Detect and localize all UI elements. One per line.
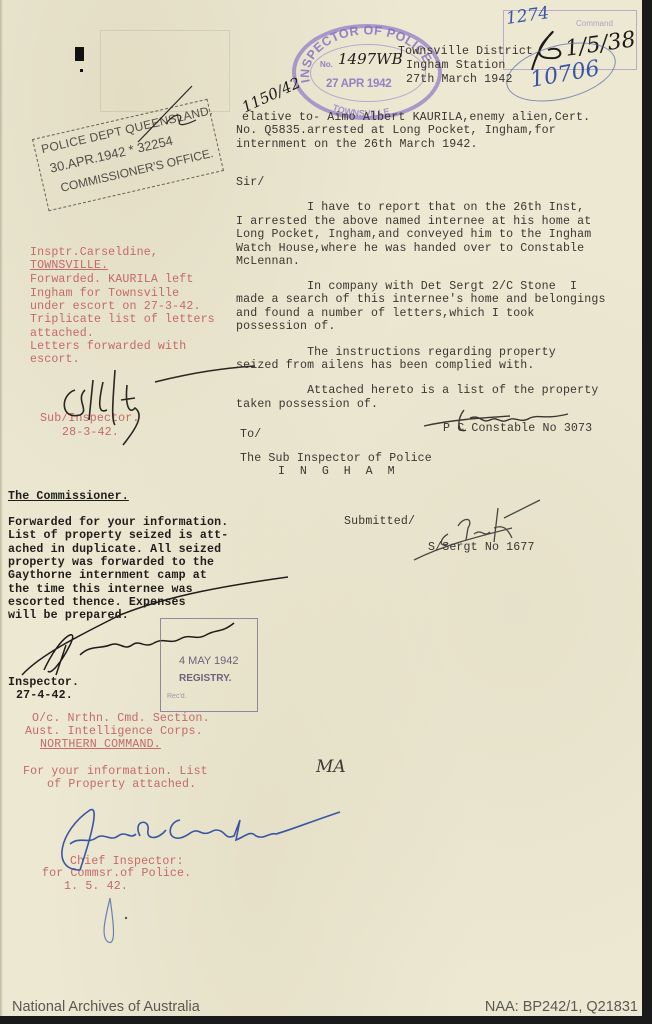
stamp-no-label: No.: [320, 60, 333, 69]
sergeant-signoff: S/Sergt No 1677: [428, 541, 535, 555]
note-line-underlined: TOWNSVILLE.: [30, 259, 108, 273]
subject-line: internment on the 26th March 1942.: [236, 138, 478, 152]
to-label: To/: [240, 428, 261, 442]
note-line: List of property seized is att-: [8, 529, 228, 543]
note-line: of Property attached.: [47, 778, 196, 792]
handwritten-initials-on-stamp: [138, 84, 198, 144]
salutation: Sir/: [236, 176, 264, 190]
note-line: property was forwarded to the: [8, 556, 214, 570]
sergeant-signature: [412, 498, 542, 568]
address-line: Aust. Intelligence Corps.: [25, 725, 203, 739]
body-line: In company with Det Sergt 2/C Stone I: [236, 280, 577, 294]
body-line: McLennan.: [236, 255, 300, 269]
body-line: Long Pocket, Ingham,and conveyed him to …: [236, 228, 591, 242]
handwritten-loop-mark: [100, 896, 130, 946]
sub-inspector-signature: [55, 360, 255, 450]
stamp-recd: Rec'd.: [167, 693, 187, 700]
body-line: made a search of this internee's home an…: [236, 293, 606, 307]
note-line: Triplicate list of letters: [30, 313, 215, 327]
note-line: under escort on 27-3-42.: [30, 300, 201, 314]
submitted-label: Submitted/: [344, 515, 415, 529]
note-sign-date: 1. 5. 42.: [64, 880, 128, 894]
ink-dot: [80, 69, 83, 72]
stamp-handwritten-number: 1497WB: [338, 50, 403, 68]
stamp-label: REGISTRY.: [179, 673, 231, 684]
stamp-date: 27 APR 1942: [326, 78, 391, 90]
note-line: Letters forwarded with: [30, 340, 186, 354]
note-heading: The Commissioner.: [8, 490, 129, 504]
archive-credit: National Archives of Australia: [12, 999, 200, 1015]
body-line: I arrested the above named internee at h…: [236, 215, 591, 229]
stamp-command-text: Command: [576, 19, 613, 28]
scan-border-right: [642, 0, 652, 1024]
ink-blot: [75, 47, 84, 61]
body-line: seized from ailens has been complied wit…: [236, 359, 535, 373]
address-line: O/c. Nrthn. Cmd. Section.: [32, 712, 210, 726]
constable-signoff: P C Constable No 3073: [443, 422, 592, 436]
archive-reference: NAA: BP242/1, Q21831: [485, 999, 638, 1015]
body-line: and found a number of letters,which I to…: [236, 307, 535, 321]
note-line: ached in duplicate. All seized: [8, 543, 221, 557]
note-line: attached.: [30, 327, 94, 341]
note-line: For your information. List: [23, 765, 208, 779]
header-district: Townsville District: [398, 45, 533, 59]
note-line: Forwarded. KAURILA left: [30, 273, 193, 287]
chief-inspector-signature: [40, 800, 340, 880]
subject-line: elative to- Aimo Albert KAURILA,enemy al…: [242, 111, 590, 125]
stamp-date: 4 MAY 1942: [179, 655, 239, 667]
note-line: Forwarded for your information.: [8, 516, 228, 530]
body-line: possession of.: [236, 320, 336, 334]
body-line: I have to report that on the 26th Inst,: [236, 201, 584, 215]
note-line: Insptr.Carseldine,: [30, 246, 158, 260]
body-line: Attached hereto is a list of the propert…: [236, 384, 598, 398]
scan-border-bottom: [0, 1016, 652, 1024]
registry-received-stamp: 4 MAY 1942 REGISTRY. Rec'd.: [160, 618, 258, 712]
addressee-location: I N G H A M: [278, 465, 399, 479]
body-line: taken possession of.: [236, 398, 378, 412]
addressee-line: The Sub Inspector of Police: [240, 452, 432, 466]
body-line: The instructions regarding property: [236, 346, 556, 360]
page-edge-shadow: [0, 0, 3, 1016]
header-date: 27th March 1942: [406, 73, 513, 87]
subject-line: No. Q5835.arrested at Long Pocket, Ingha…: [236, 124, 556, 138]
address-line-underlined: NORTHERN COMMAND.: [40, 738, 161, 752]
header-station: Ingham Station: [406, 59, 506, 73]
body-line: Watch House,where he was handed over to …: [236, 242, 584, 256]
handwritten-initials: MA: [316, 757, 346, 777]
note-line: Ingham for Townsville: [30, 287, 179, 301]
document-page: INSPECTOR OF POLICE TOWNSVILLE No. 27 AP…: [0, 0, 642, 1016]
note-sign-date: 27-4-42.: [16, 689, 73, 703]
